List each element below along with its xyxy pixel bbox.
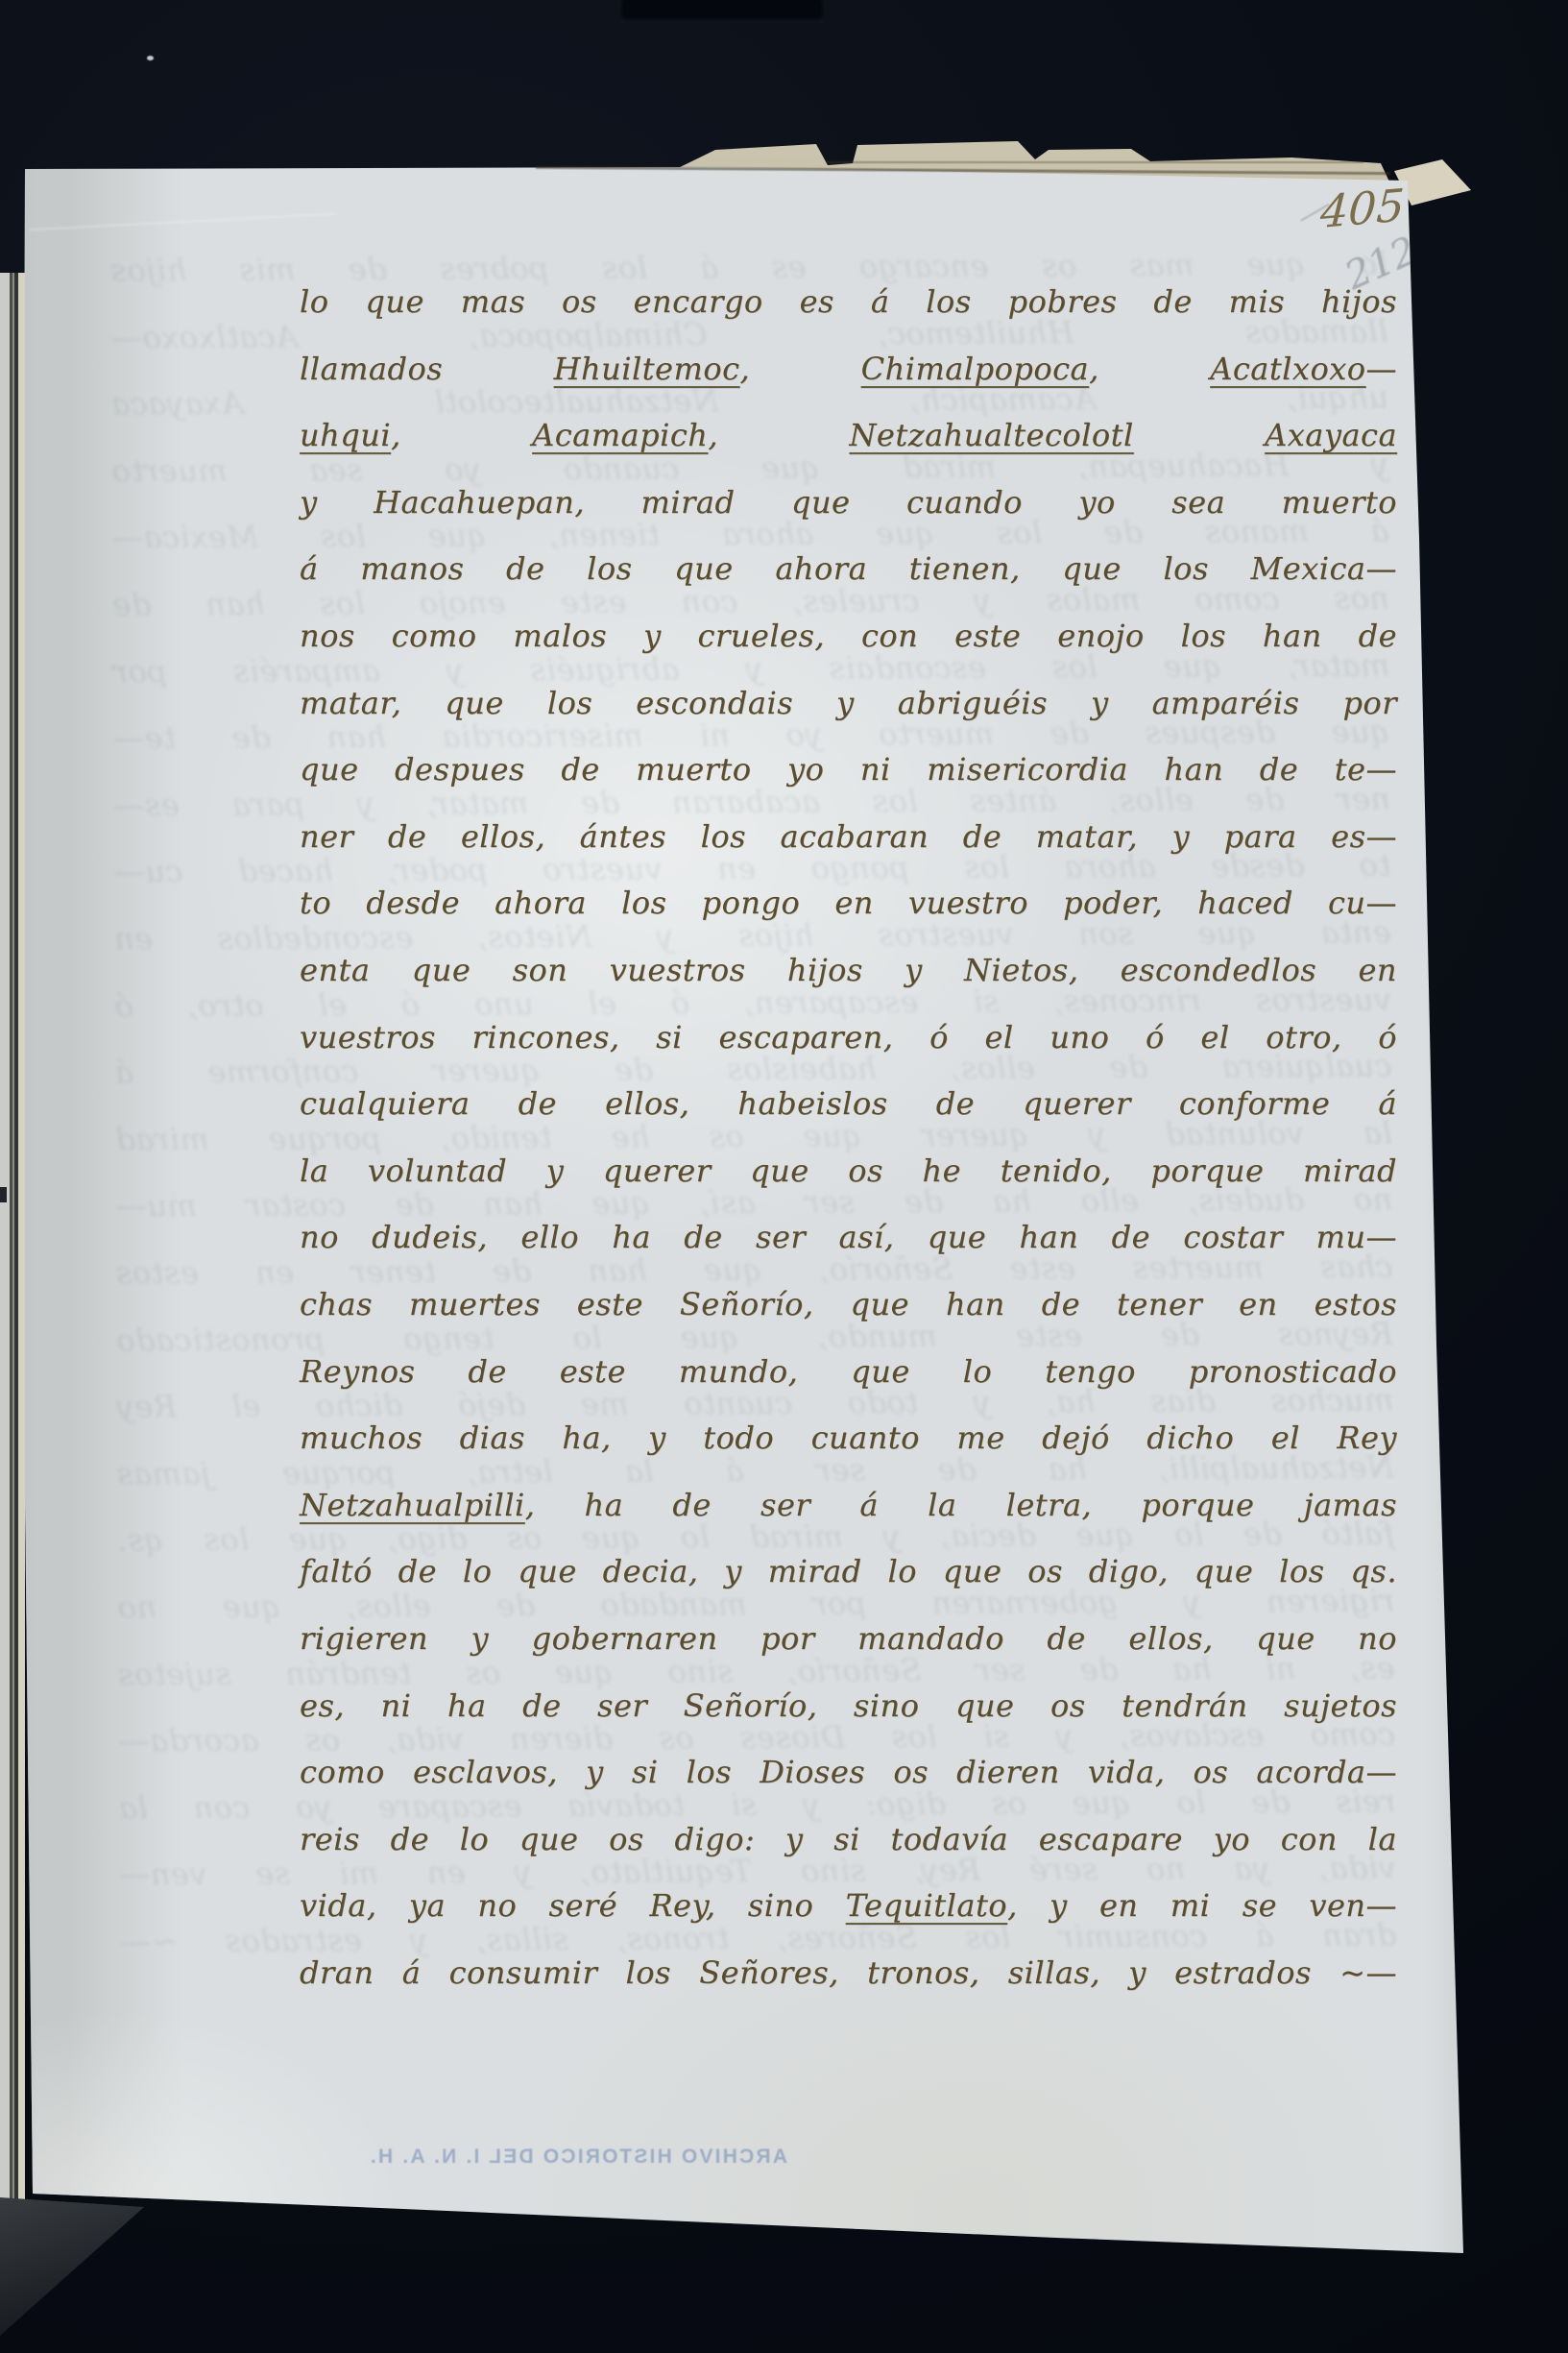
manuscript-line: uhqui, Acamapich, Netzahualtecolotl Axay… [300, 414, 1397, 460]
manuscript-text: lo que mas os encargo es á los pobres de… [300, 280, 1397, 2057]
manuscript-segment: no dudeis, ello ha de ser así, que han d… [300, 1219, 1397, 1255]
dust-speck [147, 56, 154, 61]
manuscript-segment: faltó de lo que decia, y mirad lo que os… [300, 1553, 1397, 1589]
manuscript-line: cualquiera de ellos, habeislos de querer… [300, 1082, 1397, 1128]
manuscript-line: faltó de lo que decia, y mirad lo que os… [300, 1550, 1397, 1596]
manuscript-line: reis de lo que os digo: y si todavía esc… [300, 1818, 1397, 1864]
manuscript-line: chas muertes este Señorío, que han de te… [300, 1283, 1397, 1329]
underlined-name: uhqui [300, 417, 391, 453]
manuscript-segment: lo que mas os encargo es á los pobres de… [300, 283, 1397, 320]
manuscript-segment: — [1366, 351, 1398, 387]
manuscript-segment: llamados [300, 351, 554, 387]
manuscript-line: enta que son vuestros hijos y Nietos, es… [300, 949, 1397, 995]
manuscript-line: que despues de muerto yo ni misericordia… [300, 748, 1397, 794]
manuscript-segment: la voluntad y querer que os he tenido, p… [300, 1152, 1397, 1189]
manuscript-line: no dudeis, ello ha de ser así, que han d… [300, 1216, 1397, 1262]
page-edge-seam [826, 161, 1363, 163]
underlined-name: Chimalpopoca [861, 351, 1089, 387]
manuscript-segment: que despues de muerto yo ni misericordia… [300, 751, 1397, 788]
manuscript-segment [1134, 417, 1265, 453]
manuscript-segment: — [110, 319, 142, 355]
manuscript-line: nos como malos y crueles, con este enojo… [300, 615, 1397, 661]
archive-stamp: ARCHIVO HISTORICO DEL I. N. A. H. [413, 2146, 787, 2169]
manuscript-line: to desde ahora los pongo en vuestro pode… [300, 882, 1397, 928]
manuscript-segment: cualquiera de ellos, habeislos de querer… [300, 1085, 1397, 1122]
fore-edge-mark [0, 1187, 7, 1202]
manuscript-segment: , [1089, 351, 1210, 387]
manuscript-segment: nos como malos y crueles, con este enojo… [300, 618, 1397, 654]
manuscript-line: la voluntad y querer que os he tenido, p… [300, 1150, 1397, 1196]
manuscript-segment: es, ni ha de ser Señorío, sino que os te… [300, 1687, 1397, 1724]
manuscript-line: rigieren y gobernaren por mandado de ell… [300, 1617, 1397, 1663]
manuscript-segment: como esclavos, y si los Dioses os dieren… [300, 1754, 1397, 1790]
underlined-name: Axayaca [1265, 417, 1397, 453]
manuscript-segment: , ha de ser á la letra, porque jamas [525, 1487, 1397, 1523]
manuscript-segment: dran á consumir los Señores, tronos, sil… [300, 1954, 1397, 1991]
manuscript-segment: , y en mi se ven— [1007, 1887, 1397, 1924]
fastener-strip [620, 0, 824, 23]
manuscript-segment: ner de ellos, ántes los acabaran de mata… [300, 818, 1397, 855]
manuscript-segment: , [740, 351, 861, 387]
manuscript-line: llamados Hhuiltemoc, Chimalpopoca, Acatl… [300, 348, 1397, 394]
manuscript-segment: rigieren y gobernaren por mandado de ell… [300, 1620, 1397, 1657]
book-fore-edge [0, 273, 25, 2224]
underlined-name: Acatlxoxo [142, 318, 299, 355]
manuscript-line: muchos dias ha, y todo cuanto me dejó di… [300, 1417, 1397, 1463]
manuscript-line: ner de ellos, ántes los acabaran de mata… [300, 815, 1397, 861]
underlined-name: Netzahualpilli [300, 1487, 525, 1523]
manuscript-segment: y Hacahuepan, mirad que cuando yo sea mu… [300, 484, 1397, 521]
underlined-name: Acamapich [532, 417, 708, 453]
manuscript-page: lo que mas os encargo es á los pobres de… [0, 0, 1568, 2353]
paper-crease [29, 213, 336, 231]
manuscript-segment: matar, que los escondais y abriguéis y a… [300, 685, 1397, 721]
underlined-name: Hhuiltemoc [554, 351, 740, 387]
manuscript-line: es, ni ha de ser Señorío, sino que os te… [300, 1685, 1397, 1731]
photograph-background: lo que mas os encargo es á los pobres de… [0, 0, 1568, 2353]
underlined-name: Tequitlato [846, 1887, 1007, 1924]
underlined-name: Axayaca [111, 385, 244, 423]
manuscript-segment: reis de lo que os digo: y si todavía esc… [300, 1821, 1397, 1857]
manuscript-segment: vida, ya no seré Rey, sino [300, 1887, 846, 1924]
folio-number: 405 [1319, 179, 1409, 238]
manuscript-line: Netzahualpilli, ha de ser á la letra, po… [300, 1484, 1397, 1530]
book-cover-edge [0, 2190, 211, 2353]
underlined-name: Acatlxoxo [1210, 351, 1365, 387]
manuscript-line: Reynos de este mundo, que lo tengo prono… [300, 1350, 1397, 1396]
manuscript-segment: enta que son vuestros hijos y Nietos, es… [300, 952, 1397, 988]
manuscript-segment: chas muertes este Señorío, que han de te… [300, 1286, 1397, 1322]
manuscript-line: lo que mas os encargo es á los pobres de… [300, 280, 1397, 327]
manuscript-segment: , [391, 417, 532, 453]
manuscript-line: matar, que los escondais y abriguéis y a… [300, 682, 1397, 728]
manuscript-segment: á manos de los que ahora tienen, que los… [300, 550, 1397, 587]
manuscript-line: dran á consumir los Señores, tronos, sil… [300, 1952, 1397, 1998]
manuscript-segment: to desde ahora los pongo en vuestro pode… [300, 885, 1397, 921]
manuscript-line: á manos de los que ahora tienen, que los… [300, 547, 1397, 594]
manuscript-line: vuestros rincones, si escaparen, ó el un… [300, 1016, 1397, 1062]
manuscript-line: vida, ya no seré Rey, sino Tequitlato, y… [300, 1884, 1397, 1930]
manuscript-line: y Hacahuepan, mirad que cuando yo sea mu… [300, 481, 1397, 527]
manuscript-segment: , [708, 417, 849, 453]
underlined-name: Netzahualtecolotl [849, 417, 1133, 453]
manuscript-segment: vuestros rincones, si escaparen, ó el un… [300, 1019, 1397, 1055]
manuscript-segment: muchos dias ha, y todo cuanto me dejó di… [300, 1419, 1397, 1456]
manuscript-segment: Reynos de este mundo, que lo tengo prono… [300, 1353, 1397, 1390]
manuscript-line: como esclavos, y si los Dioses os dieren… [300, 1751, 1397, 1797]
